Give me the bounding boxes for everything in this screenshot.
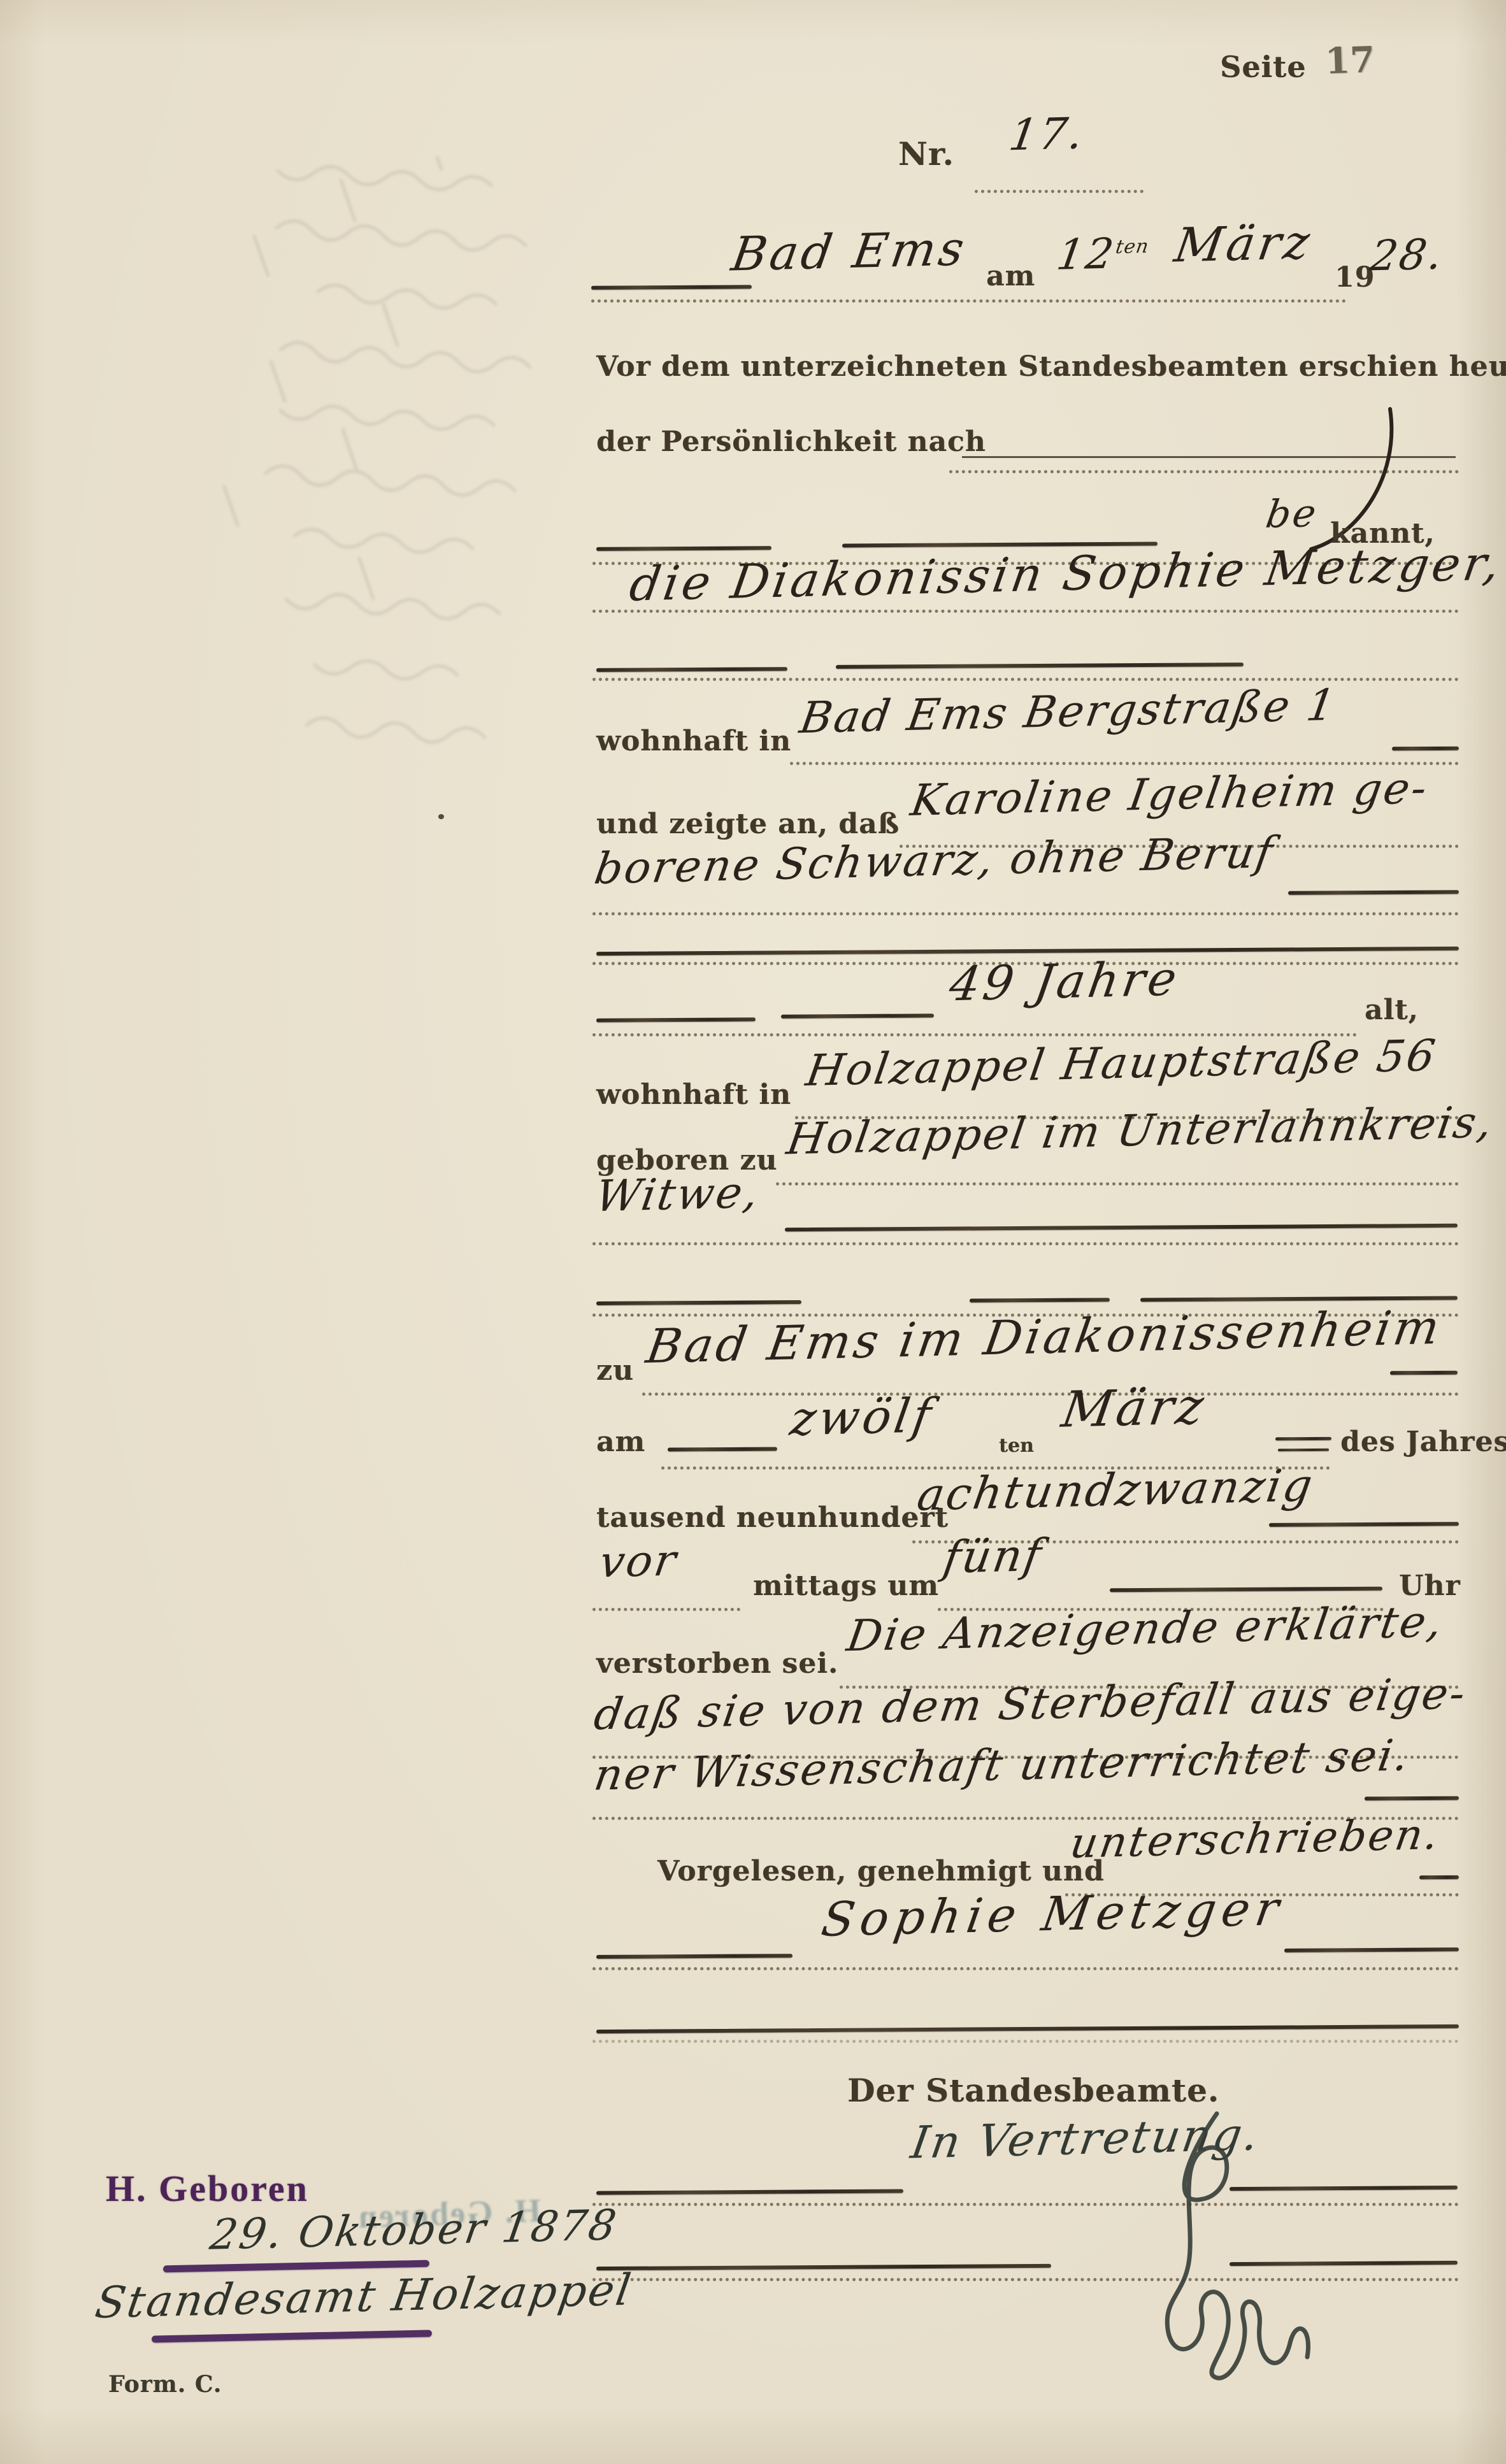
ink-strike <box>1284 1947 1459 1952</box>
declarant-residence: Bad Ems Bergstraße 1 <box>796 680 1340 743</box>
death-place-label: zu <box>596 1354 634 1387</box>
residence2-label: wohnhaft in <box>596 1078 791 1111</box>
dateline-day: 12ten <box>1054 228 1152 279</box>
record-number-label: Nr. <box>898 135 954 173</box>
age-label: alt, <box>1365 994 1419 1026</box>
identity-label: der Persönlichkeit nach <box>596 426 986 458</box>
ink-strike <box>1392 747 1459 751</box>
report-label: und zeigte an, daß <box>596 808 900 840</box>
ink-strike <box>1390 1371 1458 1375</box>
deceased-birthplace: Holzappel im Unterlahnkreis, <box>784 1098 1498 1165</box>
dotted-line <box>592 1967 1459 1970</box>
declarant-signature: Sophie Metzger <box>818 1881 1288 1947</box>
death-year: achtundzwanzig <box>914 1459 1318 1521</box>
margin-registry: Standesamt Holzappel <box>92 2265 636 2328</box>
ink-strike <box>596 2189 903 2195</box>
ink-strike <box>785 1224 1458 1231</box>
ink-strike <box>596 1954 792 1959</box>
dotted-line <box>592 1242 1459 1245</box>
page-number: 17 <box>1324 39 1375 83</box>
ink-separator-rule <box>970 1298 1110 1302</box>
ink-strike <box>596 2264 1051 2270</box>
death-day: zwölf <box>787 1388 938 1446</box>
mittags-label: mittags um <box>753 1570 939 1602</box>
ink-speck <box>438 814 444 819</box>
deceased-residence: Holzappel Hauptstraße 56 <box>803 1031 1440 1096</box>
form-number-label: Form. C. <box>108 2371 222 2398</box>
ink-strike <box>596 546 771 551</box>
ink-strike <box>1419 1875 1459 1879</box>
deceased-age: 49 Jahre <box>946 952 1184 1012</box>
ink-strike <box>781 1014 934 1018</box>
dateline-month: März <box>1171 215 1316 273</box>
ink-strike <box>1278 1449 1329 1451</box>
record-number-value: 17. <box>1006 109 1089 161</box>
ink-strike <box>1365 1796 1459 1801</box>
dotted-line <box>592 610 1459 613</box>
dateline-year: 28. <box>1367 230 1447 281</box>
death-date-am-label: am <box>596 1426 645 1458</box>
year-prefix-label: des Jahres <box>1340 1426 1506 1458</box>
bleed-through-handwriting <box>4 129 570 801</box>
official-signature-scrawl <box>1102 2102 1376 2395</box>
closing-label: Vorgelesen, genehmigt und <box>657 1855 1105 1887</box>
time-prefix: vor <box>596 1536 681 1588</box>
death-day-suffix-label: ten <box>999 1435 1034 1457</box>
ink-strike <box>1269 1522 1459 1527</box>
intro-line: Vor dem unterzeichneten Standesbeamten e… <box>596 350 1506 383</box>
known-handwritten-prefix: be <box>1263 491 1321 537</box>
dateline-place: Bad Ems <box>728 222 971 282</box>
dotted-line <box>592 2040 1459 2043</box>
ink-strike <box>591 285 752 290</box>
dotted-line <box>975 190 1144 193</box>
death-hour: fünf <box>940 1529 1046 1584</box>
margin-stamp-label: H. Geboren <box>106 2167 309 2210</box>
residence-label: wohnhaft in <box>596 725 791 757</box>
ink-strike <box>836 663 1244 669</box>
dotted-line <box>592 1608 740 1611</box>
ink-strike <box>1288 890 1459 895</box>
death-month: März <box>1058 1378 1210 1438</box>
death-register-page: { "document": { "header": { "seite_label… <box>0 0 1506 2464</box>
thousand-label: tausend neunhundert <box>596 1501 949 1534</box>
page-header-seite-label: Seite <box>1220 50 1306 84</box>
dateline-am-label: am <box>986 260 1035 292</box>
ink-strike <box>596 667 787 672</box>
ink-strike <box>1110 1587 1382 1593</box>
dotted-line <box>642 1393 1459 1396</box>
signed-word: unterschrieben. <box>1067 1810 1444 1868</box>
ink-separator-rule <box>596 1300 801 1305</box>
ink-strike <box>596 1017 756 1022</box>
death-place: Bad Ems im Diakonissenheim <box>643 1300 1446 1374</box>
declaration-line1: Die Anzeigende erklärte, <box>843 1597 1447 1662</box>
dotted-line <box>591 299 1346 303</box>
purple-underline <box>152 2330 432 2342</box>
marital-status: Witwe, <box>592 1168 763 1222</box>
dotted-line <box>592 912 1459 915</box>
ink-strike <box>1275 1437 1331 1441</box>
declaration-line3: ner Wissenschaft unterrichtet sei. <box>591 1730 1414 1800</box>
ink-strike <box>668 1447 777 1451</box>
ink-separator-rule <box>596 947 1459 956</box>
died-label: verstorben sei. <box>596 1647 838 1680</box>
margin-birth-date: 29. Oktober 1878 <box>207 2200 621 2260</box>
dateline-day-suffix: ten <box>1114 235 1151 258</box>
ink-separator-rule <box>596 2024 1459 2033</box>
deceased-name-line1: Karoline Igelheim ge- <box>907 763 1431 826</box>
dotted-line <box>776 1182 1459 1185</box>
